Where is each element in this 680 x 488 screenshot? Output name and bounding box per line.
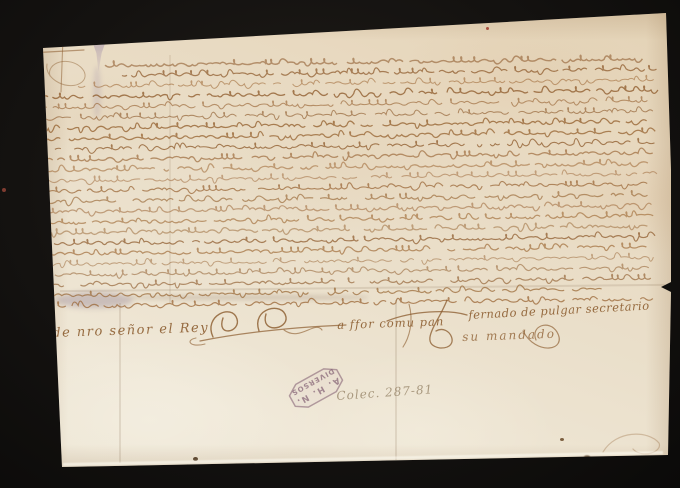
script-line: [40, 202, 651, 217]
script-line: [39, 128, 656, 141]
red-speck-table: [2, 188, 6, 192]
script-line: [43, 86, 658, 100]
script-line: [44, 243, 647, 255]
script-line: [38, 96, 647, 109]
script-line: [40, 107, 653, 121]
script-line: [78, 75, 654, 88]
script-line: [105, 55, 642, 67]
script-line: [39, 159, 648, 172]
script-line: [43, 181, 647, 194]
script-line: [40, 138, 655, 153]
dark-speck-2: [584, 455, 590, 459]
photo-background: de nro señor el Rey a ffor comu pan fern…: [0, 0, 680, 488]
ink-flourish: [47, 61, 85, 85]
ink-flourish: [258, 308, 286, 331]
dark-speck-3: [560, 438, 564, 441]
manuscript-parchment: de nro señor el Rey a ffor comu pan fern…: [0, 0, 680, 488]
script-line: [122, 65, 657, 78]
script-line: [43, 274, 651, 290]
manuscript-script-lines: [38, 55, 658, 308]
script-line: [41, 253, 654, 268]
ink-flourish: [54, 42, 73, 45]
script-line: [39, 211, 654, 224]
script-line: [42, 191, 656, 206]
script-line: [43, 223, 648, 237]
script-line: [39, 148, 653, 162]
script-line: [41, 264, 649, 278]
script-line: [42, 285, 602, 298]
ink-flourish: [30, 50, 84, 53]
manuscript-text-svg: [0, 0, 680, 488]
ink-flourish: [211, 312, 238, 337]
ink-flourish: [298, 27, 310, 30]
ink-flourish: [190, 338, 205, 345]
red-speck-top: [486, 27, 489, 30]
